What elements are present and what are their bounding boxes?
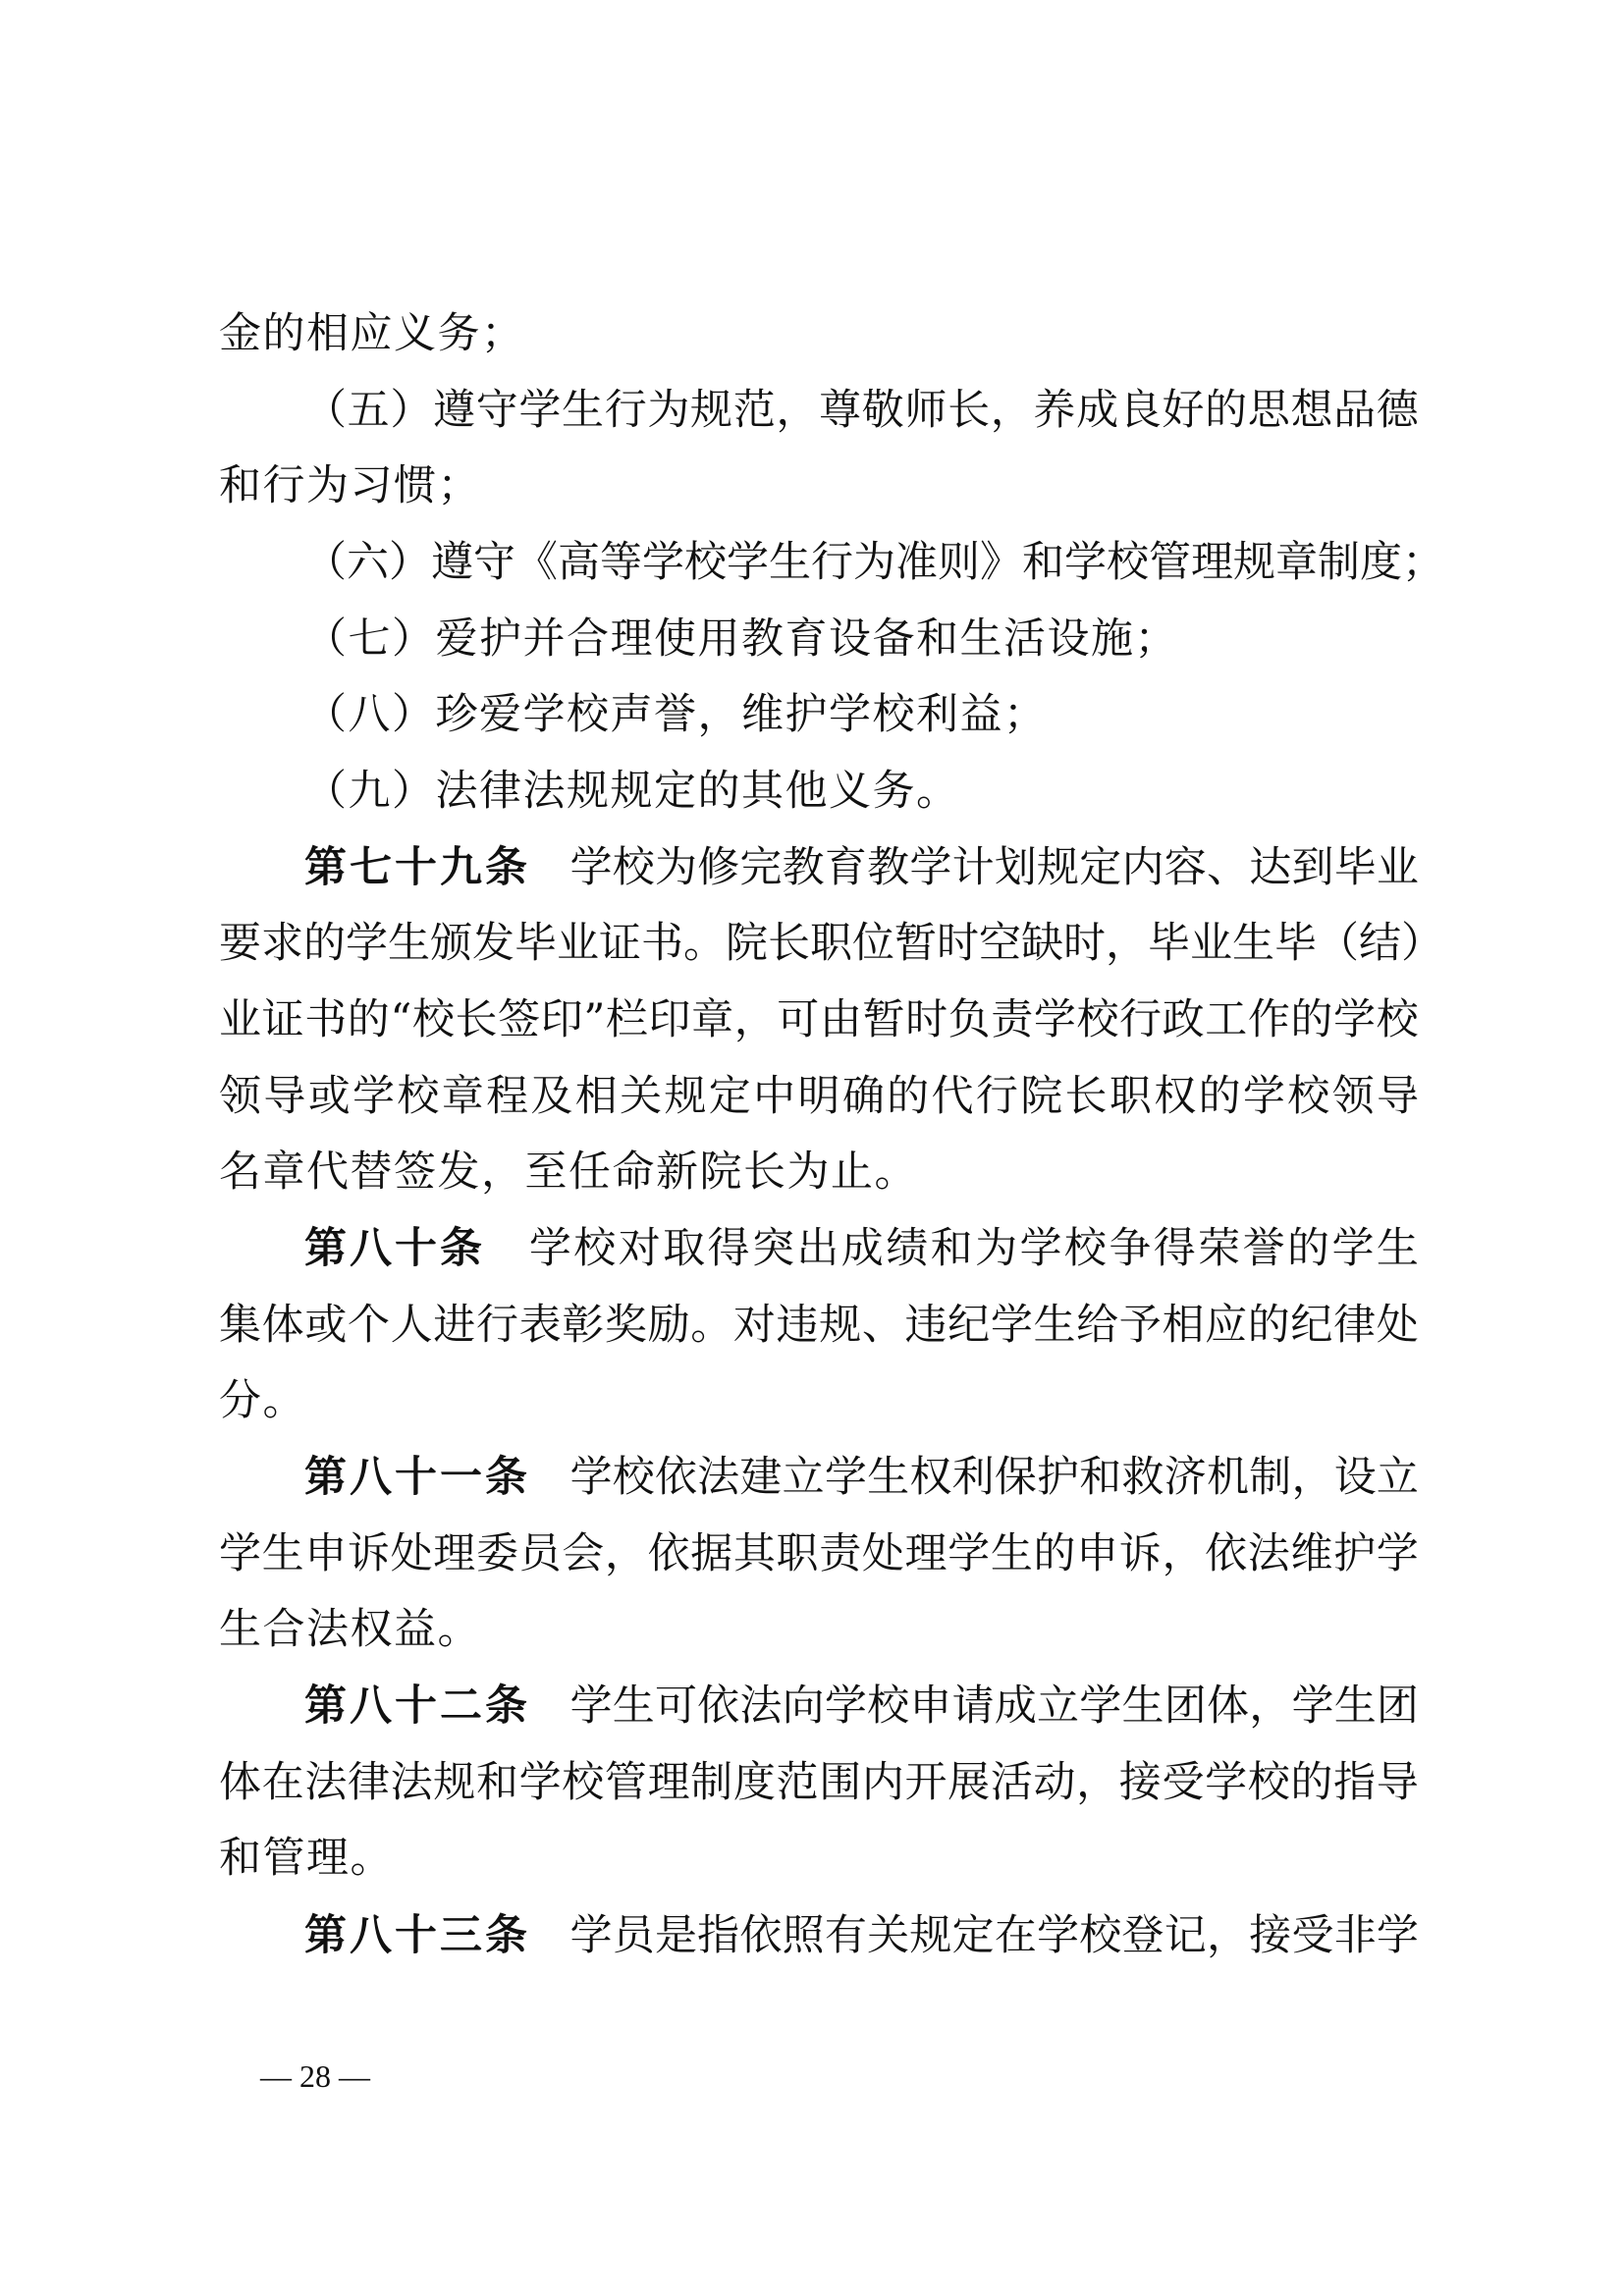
text-char: 员: [519, 1516, 562, 1592]
text-char: 生: [613, 1668, 655, 1744]
text-char: 学: [569, 1897, 612, 1974]
text-char: 或: [308, 1058, 351, 1135]
text-char: 守: [473, 524, 515, 601]
text-char: 时: [905, 982, 947, 1058]
text-line: 学生申诉处理委员会，依据其职责处理学生的申诉，依法维护学: [219, 1516, 1419, 1592]
text-char: 学: [518, 372, 561, 449]
text-char: 要: [219, 905, 261, 982]
text-char: 学: [1034, 982, 1076, 1058]
text-char: 时: [937, 905, 979, 982]
text-char: 学: [1291, 1668, 1333, 1744]
text-line: （八）珍爱学校声誉，维护学校利益；: [304, 676, 1419, 753]
text-char: 学: [1377, 1516, 1419, 1592]
text-char: 理: [905, 1516, 947, 1592]
text-char: 守: [476, 372, 518, 449]
text-char: 动: [1033, 1744, 1075, 1821]
text-char: 学: [1064, 524, 1107, 601]
text-char: 依: [1205, 1516, 1247, 1592]
text-char: 依: [697, 1668, 739, 1744]
text-line: 业证书的“校长签印”栏印章，可由暂时负责学校行政工作的学校: [219, 982, 1419, 1058]
text-char: 规: [433, 1744, 475, 1821]
text-char: 证: [599, 905, 641, 982]
text-char: 依: [648, 1516, 690, 1592]
text-char: 生: [1033, 1287, 1075, 1363]
text-char: 生: [1334, 1668, 1377, 1744]
text-char: 良: [1119, 372, 1162, 449]
text-char: 章: [442, 1058, 484, 1135]
text-line: 和管理。: [219, 1820, 1419, 1896]
text-char: 指: [697, 1897, 739, 1974]
text-char: 遵: [433, 372, 475, 449]
text-char: 据: [690, 1516, 732, 1592]
text-char: 学: [1377, 1897, 1419, 1974]
text-char: 完: [739, 829, 782, 906]
text-char: 章: [1275, 524, 1318, 601]
text-char: 是: [655, 1897, 697, 1974]
line-text: （七）爱护并合理使用教育设备和生活设施；: [304, 614, 1178, 664]
text-char: 法: [1248, 1516, 1290, 1592]
text-char: 学: [352, 1058, 395, 1135]
text-char: 工: [1205, 982, 1247, 1058]
text-char: 制: [1318, 524, 1360, 601]
text-char: 依: [655, 1439, 697, 1516]
article-82-heading-line: 第八十二条学生可依法向学校申请成立学生团体，学生团: [304, 1668, 1419, 1744]
text-char: 准: [895, 524, 938, 601]
text-char: 。: [683, 905, 726, 982]
text-char: 品: [1333, 372, 1376, 449]
text-char: 学: [1079, 1668, 1121, 1744]
text-char: 权: [1154, 1058, 1196, 1135]
text-char: 团: [1377, 1668, 1419, 1744]
text-char: 内: [862, 1744, 904, 1821]
line-text: （八）珍爱学校声誉，维护学校利益；: [304, 690, 1048, 739]
text-char: 校: [1079, 1897, 1121, 1974]
text-char: 学: [825, 1439, 867, 1516]
text-char: 的: [887, 1058, 929, 1135]
text-char: 达: [1249, 829, 1291, 906]
text-char: 理: [648, 1744, 690, 1821]
text-char: 签: [498, 982, 540, 1058]
text-char: 或: [304, 1287, 347, 1363]
text-char: 生: [1232, 905, 1274, 982]
text-char: 开: [905, 1744, 947, 1821]
text-char: 权: [909, 1439, 951, 1516]
text-char: 尊: [819, 372, 861, 449]
text-char: 的: [1033, 1516, 1075, 1592]
text-char: 的: [303, 905, 346, 982]
text-char: 导: [1377, 1744, 1419, 1821]
text-char: 毕: [514, 905, 557, 982]
text-char: 规: [1233, 524, 1275, 601]
text-char: 师: [904, 372, 947, 449]
text-char: 校: [867, 1668, 909, 1744]
text-char: 律: [348, 1744, 390, 1821]
text-char: 建: [739, 1439, 782, 1516]
text-char: 生: [262, 1516, 304, 1592]
text-char: 为: [655, 829, 697, 906]
line-text: 金的相应义务；: [219, 309, 525, 358]
text-char: 为: [853, 524, 895, 601]
text-char: 登: [1122, 1897, 1164, 1974]
text-char: 校: [412, 982, 455, 1058]
text-char: 誉: [1243, 1210, 1285, 1287]
text-line: 分。: [219, 1362, 1419, 1439]
text-char: 养: [1033, 372, 1075, 449]
text-char: 《: [515, 524, 558, 601]
text-char: 学: [1205, 1744, 1247, 1821]
text-char: 校: [562, 1744, 604, 1821]
text-char: 遵: [431, 524, 473, 601]
text-char: 律: [1333, 1287, 1376, 1363]
text-char: ；: [1402, 524, 1444, 601]
text-char: 彰: [562, 1287, 604, 1363]
text-char: 长: [947, 372, 990, 449]
text-char: 校: [1107, 524, 1149, 601]
text-char: 敬: [862, 372, 904, 449]
text-char: 体: [262, 1287, 304, 1363]
text-char: 行: [1119, 982, 1162, 1058]
text-char: 作: [1248, 982, 1290, 1058]
text-char: 明: [797, 1058, 839, 1135]
text-char: 申: [909, 1668, 951, 1744]
text-char: 暂: [894, 905, 937, 982]
text-char: 高: [558, 524, 600, 601]
text-char: 学: [1037, 1897, 1079, 1974]
text-char: 规: [909, 1897, 951, 1974]
article-heading: 第八十二条: [304, 1668, 530, 1744]
text-char: 指: [1333, 1744, 1376, 1821]
text-char: 委: [476, 1516, 518, 1592]
text-char: 校: [1076, 982, 1118, 1058]
text-char: 业: [219, 982, 261, 1058]
text-char: 奖: [605, 1287, 647, 1363]
text-char: 学: [569, 1439, 612, 1516]
text-char: 学: [1331, 1210, 1374, 1287]
text-char: 到: [1291, 829, 1333, 906]
text-char: 则: [938, 524, 980, 601]
text-char: 六: [347, 524, 389, 601]
text-char: 责: [819, 1516, 861, 1592]
text-char: 记: [1164, 1897, 1207, 1974]
line-text: 和行为习惯；: [219, 461, 481, 510]
article-heading: 第七十九条: [304, 829, 530, 906]
text-char: 毕: [1334, 829, 1377, 906]
text-char: 生: [769, 524, 811, 601]
text-char: 德: [1377, 372, 1419, 449]
text-char: 违: [777, 1287, 819, 1363]
text-char: 规: [1037, 829, 1079, 906]
text-char: 校: [397, 1058, 439, 1135]
text-char: 成: [1076, 372, 1118, 449]
text-char: 代: [932, 1058, 974, 1135]
text-char: 业: [1377, 829, 1419, 906]
text-char: 会: [562, 1516, 604, 1592]
text-char: 、: [1207, 829, 1249, 906]
text-char: 领: [219, 1058, 261, 1135]
text-char: 长: [768, 905, 810, 982]
text-char: 管: [1149, 524, 1191, 601]
text-char: 定: [709, 1058, 751, 1135]
text-char: 位: [852, 905, 894, 982]
article-heading: 第八十条: [304, 1210, 485, 1287]
text-char: 对: [619, 1210, 661, 1287]
text-char: 职: [810, 905, 852, 982]
text-char: 政: [1163, 982, 1205, 1058]
text-line: 体在法律法规和学校管理制度范围内开展活动，接受学校的指导: [219, 1744, 1419, 1821]
text-char: 的: [1248, 1287, 1290, 1363]
text-char: 导: [263, 1058, 305, 1135]
text-char: 学: [569, 1668, 612, 1744]
text-char: 院: [726, 905, 768, 982]
text-char: 人: [391, 1287, 433, 1363]
text-char: 行: [476, 1287, 518, 1363]
text-char: 救: [1122, 1439, 1164, 1516]
text-char: 在: [995, 1897, 1037, 1974]
text-line: 要求的学生颁发毕业证书。院长职位暂时空缺时，毕业生毕（结）: [219, 905, 1419, 982]
text-char: 违: [905, 1287, 947, 1363]
text-line: 金的相应义务；: [219, 295, 1419, 372]
text-char: 时: [1063, 905, 1106, 982]
text-char: 规: [690, 372, 732, 449]
text-char: 荣: [1198, 1210, 1240, 1287]
text-char: 责: [991, 982, 1033, 1058]
text-char: ，: [1291, 1439, 1333, 1516]
text-char: 学: [727, 524, 769, 601]
line-text: 分。: [219, 1376, 306, 1425]
text-char: 立: [1377, 1439, 1419, 1516]
text-char: 个: [348, 1287, 390, 1363]
text-char: 法: [697, 1439, 739, 1516]
text-char: 员: [613, 1897, 655, 1974]
text-char: 计: [952, 829, 995, 906]
heading-gap: [487, 1210, 526, 1287]
text-char: 校: [613, 1439, 655, 1516]
text-char: 印: [649, 982, 691, 1058]
text-char: “: [390, 982, 411, 1058]
text-char: 护: [1037, 1439, 1079, 1516]
text-char: 育: [825, 829, 867, 906]
text-line: （九）法律法规规定的其他义务。: [304, 753, 1419, 829]
article-heading: 第八十一条: [304, 1439, 530, 1516]
text-char: 和: [476, 1744, 518, 1821]
text-char: 绩: [886, 1210, 928, 1287]
text-line: 集体或个人进行表彰奖励。对违规、违纪学生给予相应的纪律处: [219, 1287, 1419, 1363]
text-char: 学: [1243, 1058, 1285, 1135]
text-char: 校: [1248, 1744, 1290, 1821]
text-char: 纪: [1290, 1287, 1332, 1363]
text-char: 表: [519, 1287, 562, 1363]
text-char: 应: [1205, 1287, 1247, 1363]
text-char: ，: [991, 372, 1033, 449]
text-char: ）: [1401, 905, 1443, 982]
text-char: 学: [642, 524, 684, 601]
text-char: 院: [1020, 1058, 1062, 1135]
text-char: 及: [530, 1058, 572, 1135]
text-char: 突: [752, 1210, 794, 1287]
text-char: 诉: [348, 1516, 390, 1592]
text-char: 容: [1164, 829, 1207, 906]
text-char: 理: [1191, 524, 1233, 601]
article-heading: 第八十三条: [304, 1897, 530, 1974]
text-char: 为: [975, 1210, 1017, 1287]
text-char: 关: [620, 1058, 662, 1135]
text-char: 维: [1290, 1516, 1332, 1592]
text-char: 学: [991, 1287, 1033, 1363]
text-char: 关: [867, 1897, 909, 1974]
text-char: ”: [583, 982, 605, 1058]
document-page: 金的相应义务； （五）遵守学生行为规范，尊敬师长，养成良好的思想品德 和行为习惯…: [0, 0, 1624, 2296]
text-char: 学: [1333, 982, 1376, 1058]
text-char: 栏: [606, 982, 648, 1058]
text-char: 印: [541, 982, 583, 1058]
text-char: 职: [777, 1516, 819, 1592]
text-char: 济: [1164, 1439, 1207, 1516]
text-char: 诉: [1119, 1516, 1162, 1592]
text-char: 生: [1122, 1668, 1164, 1744]
text-char: 接: [1249, 1897, 1291, 1974]
text-char: 理: [433, 1516, 475, 1592]
text-char: 结: [1359, 905, 1401, 982]
text-char: 规: [819, 1287, 861, 1363]
text-char: 由: [820, 982, 862, 1058]
text-char: 其: [733, 1516, 776, 1592]
text-char: ，: [1076, 1744, 1118, 1821]
text-char: 教: [867, 829, 909, 906]
article-79-heading-line: 第七十九条学校为修完教育教学计划规定内容、达到毕业: [304, 829, 1419, 906]
text-char: 处: [1377, 1287, 1419, 1363]
text-char: 取: [663, 1210, 705, 1287]
text-char: 定: [952, 1897, 995, 1974]
text-char: 的: [1287, 1210, 1329, 1287]
text-char: 立: [783, 1439, 825, 1516]
text-char: 书: [641, 905, 683, 982]
text-char: 申: [1076, 1516, 1118, 1592]
text-char: 生: [867, 1439, 909, 1516]
text-char: 的: [1290, 982, 1332, 1058]
page-number: — 28 —: [260, 2056, 370, 2096]
text-char: 机: [1207, 1439, 1249, 1516]
text-char: 内: [1122, 829, 1164, 906]
text-char: 活: [991, 1744, 1033, 1821]
text-char: 在: [262, 1744, 304, 1821]
text-char: 保: [995, 1439, 1037, 1516]
text-line: 和行为习惯；: [219, 448, 1419, 524]
text-char: 非: [1334, 1897, 1377, 1974]
text-char: 和: [931, 1210, 973, 1287]
text-char: ）: [390, 372, 432, 449]
text-char: ，: [1249, 1668, 1291, 1744]
text-char: 》: [980, 524, 1022, 601]
text-char: 相: [1162, 1287, 1204, 1363]
text-char: 行: [605, 372, 647, 449]
text-char: 书: [304, 982, 347, 1058]
text-line: （六）遵守《高等学校学生行为准则》和学校管理规章制度；: [304, 524, 1419, 601]
text-char: 度: [733, 1744, 776, 1821]
text-char: 规: [664, 1058, 706, 1135]
text-char: ，: [1106, 905, 1148, 982]
text-char: 学: [346, 905, 388, 982]
text-char: 照: [783, 1897, 825, 1974]
text-line: 生合法权益。: [219, 1591, 1419, 1668]
text-char: 求: [261, 905, 303, 982]
text-char: 毕: [1148, 905, 1190, 982]
text-char: 得: [1154, 1210, 1196, 1287]
text-char: ，: [605, 1516, 647, 1592]
text-char: ，: [1207, 1897, 1249, 1974]
text-char: 学: [1019, 1210, 1061, 1287]
text-char: 的: [1205, 372, 1247, 449]
text-char: 校: [1064, 1210, 1107, 1287]
text-char: 证: [262, 982, 304, 1058]
text-char: 章: [691, 982, 733, 1058]
text-char: 范: [777, 1744, 819, 1821]
text-char: 中: [753, 1058, 795, 1135]
text-char: 。: [690, 1287, 732, 1363]
text-char: 度: [1360, 524, 1402, 601]
text-char: 得: [708, 1210, 750, 1287]
text-char: 励: [648, 1287, 690, 1363]
text-char: 学: [947, 1516, 990, 1592]
text-char: 管: [605, 1744, 647, 1821]
text-char: 受: [1291, 1897, 1333, 1974]
text-char: 程: [486, 1058, 528, 1135]
text-char: 颁: [430, 905, 472, 982]
text-char: 和: [1022, 524, 1064, 601]
text-char: 确: [842, 1058, 885, 1135]
text-char: （: [304, 372, 347, 449]
text-char: 划: [995, 829, 1037, 906]
text-char: 团: [1164, 1668, 1207, 1744]
heading-gap: [530, 1668, 569, 1744]
text-char: 处: [862, 1516, 904, 1592]
text-char: 纪: [947, 1287, 990, 1363]
text-line: 领导或学校章程及相关规定中明确的代行院长职权的学校领导: [219, 1058, 1419, 1135]
text-char: 处: [391, 1516, 433, 1592]
line-text: （九）法律法规规定的其他义务。: [304, 767, 960, 816]
article-80-heading-line: 第八十条学校对取得突出成绩和为学校争得荣誉的学生: [304, 1210, 1419, 1287]
text-char: 业: [1190, 905, 1232, 982]
text-char: 校: [613, 829, 655, 906]
text-char: 好: [1162, 372, 1204, 449]
text-char: 给: [1076, 1287, 1118, 1363]
text-char: 申: [304, 1516, 347, 1592]
text-char: 可: [777, 982, 819, 1058]
line-text: 生合法权益。: [219, 1605, 481, 1654]
text-char: 学: [825, 1668, 867, 1744]
text-char: 学: [519, 1744, 562, 1821]
text-char: 职: [1110, 1058, 1152, 1135]
text-char: 制: [690, 1744, 732, 1821]
text-char: 学: [569, 829, 612, 906]
text-char: 业: [557, 905, 599, 982]
text-line: （五）遵守学生行为规范，尊敬师长，养成良好的思想品德: [304, 372, 1419, 449]
line-text: 和管理。: [219, 1834, 394, 1883]
text-char: 空: [979, 905, 1021, 982]
text-char: 的: [1290, 1744, 1332, 1821]
text-char: ，: [734, 982, 777, 1058]
text-char: 缺: [1021, 905, 1063, 982]
text-char: 集: [219, 1287, 261, 1363]
text-char: 成: [995, 1668, 1037, 1744]
text-char: 校: [684, 524, 727, 601]
text-char: 成: [841, 1210, 884, 1287]
text-char: 生: [1377, 1210, 1419, 1287]
text-char: 教: [783, 829, 825, 906]
text-char: 展: [947, 1744, 990, 1821]
text-char: 的: [348, 982, 390, 1058]
text-char: 法: [391, 1744, 433, 1821]
text-char: 想: [1290, 372, 1332, 449]
